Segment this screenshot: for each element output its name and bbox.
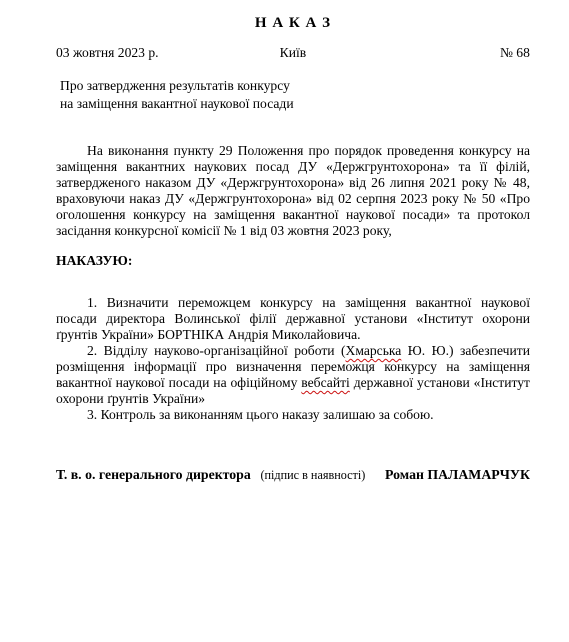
order-city: Київ: [214, 45, 372, 61]
order-heading: НАКАЗУЮ:: [56, 253, 530, 269]
order-subject: Про затвердження результатів конкурсу на…: [60, 77, 530, 113]
item2-misspelled-word-2: вебсайті: [301, 375, 350, 390]
item2-text-part-1: 2. Відділу науково-організаційної роботи…: [87, 343, 346, 358]
subject-line-2: на заміщення вакантної наукової посади: [60, 95, 530, 113]
order-item-1: 1. Визначити переможцем конкурсу на замі…: [56, 295, 530, 343]
document-page: Н А К А З 03 жовтня 2023 р. Київ № 68 Пр…: [0, 0, 569, 642]
order-date: 03 жовтня 2023 р.: [56, 45, 214, 61]
date-row: 03 жовтня 2023 р. Київ № 68: [56, 45, 530, 61]
signature-row: Т. в. о. генерального директора (підпис …: [56, 467, 530, 483]
order-title: Н А К А З: [56, 12, 530, 32]
preamble-paragraph: На виконання пункту 29 Положення про пор…: [56, 143, 530, 239]
signature-note: (підпис в наявності): [252, 468, 383, 483]
order-items: 1. Визначити переможцем конкурсу на замі…: [56, 295, 530, 423]
item2-misspelled-word-1: Хмарська: [346, 343, 402, 358]
order-number: № 68: [372, 45, 530, 61]
subject-line-1: Про затвердження результатів конкурсу: [60, 77, 530, 95]
signature-position: Т. в. о. генерального директора: [56, 467, 251, 483]
order-item-2: 2. Відділу науково-організаційної роботи…: [56, 343, 530, 407]
order-item-3: 3. Контроль за виконанням цього наказу з…: [56, 407, 530, 423]
signature-name: Роман ПАЛАМАРЧУК: [385, 467, 530, 483]
